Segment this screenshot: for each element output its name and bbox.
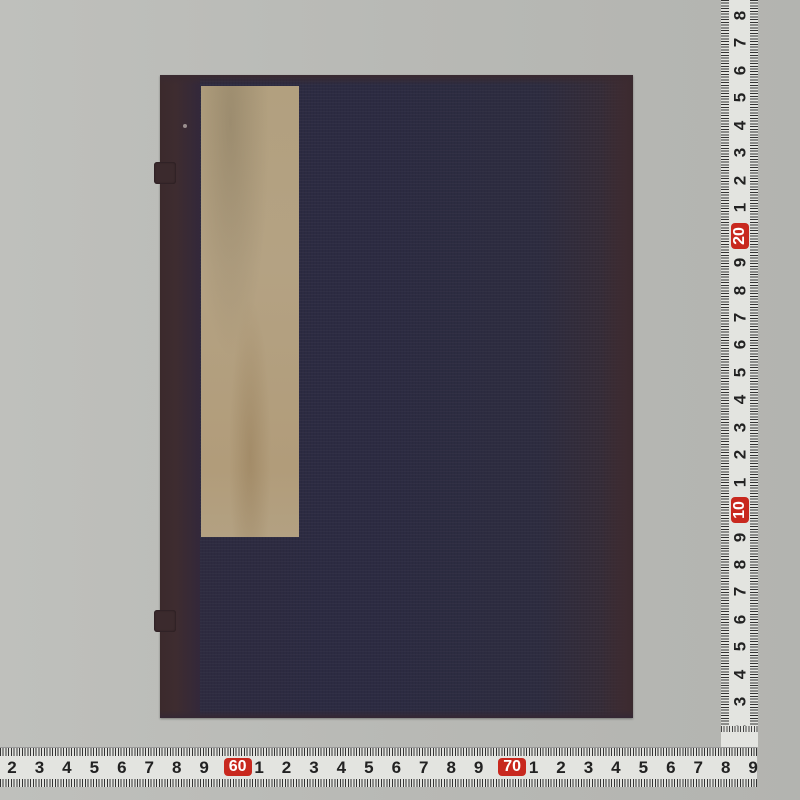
ruler-label: 8 — [732, 557, 749, 573]
ruler-label: 5 — [86, 759, 102, 776]
ruler-label: 4 — [732, 117, 749, 133]
ruler-label: 7 — [690, 759, 706, 776]
book-cover — [160, 75, 633, 718]
ruler-label: 9 — [745, 759, 761, 776]
ruler-label: 2 — [553, 759, 569, 776]
ruler-label: 6 — [732, 337, 749, 353]
ruler-ticks — [0, 779, 757, 787]
ruler-label: 1 — [251, 759, 267, 776]
ruler-label: 6 — [388, 759, 404, 776]
ruler-label: 6 — [114, 759, 130, 776]
ruler-label: 2 — [4, 759, 20, 776]
ruler-label: 9 — [196, 759, 212, 776]
ruler-label: 5 — [732, 364, 749, 380]
ruler-label: 2 — [279, 759, 295, 776]
ruler-label: 70 — [498, 758, 526, 776]
ruler-label: 5 — [732, 639, 749, 655]
ruler-label: 7 — [416, 759, 432, 776]
ruler-label: 7 — [732, 584, 749, 600]
ruler-label: 9 — [732, 529, 749, 545]
ruler-label: 7 — [732, 35, 749, 51]
ruler-ticks — [721, 0, 729, 726]
ruler-label: 1 — [732, 474, 749, 490]
ruler-label: 1 — [526, 759, 542, 776]
ruler-label: 5 — [732, 90, 749, 106]
clasp-tab-bottom — [154, 610, 176, 632]
ruler-overlap — [721, 726, 758, 747]
binding-hole — [183, 124, 187, 128]
ruler-label: 4 — [333, 759, 349, 776]
ruler-ticks — [750, 0, 758, 726]
horizontal-ruler: 234567896012345678970123456789 — [0, 747, 757, 787]
ruler-label: 7 — [141, 759, 157, 776]
ruler-label: 60 — [224, 758, 252, 776]
ruler-label: 6 — [732, 611, 749, 627]
ruler-label: 2 — [732, 172, 749, 188]
ruler-label: 10 — [731, 497, 749, 523]
vertical-ruler: 87654321209876543211098765432 — [721, 0, 758, 726]
ruler-label: 6 — [663, 759, 679, 776]
ruler-label: 8 — [732, 8, 749, 24]
ruler-label: 1 — [732, 200, 749, 216]
ruler-label: 9 — [471, 759, 487, 776]
ruler-label: 8 — [732, 282, 749, 298]
ruler-label: 4 — [608, 759, 624, 776]
ruler-label: 8 — [169, 759, 185, 776]
ruler-label: 6 — [732, 62, 749, 78]
title-label — [201, 86, 299, 537]
fore-edge-shadow — [601, 75, 633, 718]
ruler-label: 3 — [306, 759, 322, 776]
ruler-label: 4 — [59, 759, 75, 776]
ruler-label: 5 — [635, 759, 651, 776]
ruler-label: 4 — [732, 666, 749, 682]
ruler-label: 5 — [361, 759, 377, 776]
ruler-label: 2 — [732, 447, 749, 463]
ruler-label: 3 — [732, 419, 749, 435]
ruler-label: 3 — [580, 759, 596, 776]
ruler-label: 3 — [732, 694, 749, 710]
ruler-ticks — [0, 748, 757, 756]
ruler-label: 3 — [31, 759, 47, 776]
ruler-label: 3 — [732, 145, 749, 161]
bottom-edge — [160, 710, 633, 718]
ruler-label: 7 — [732, 309, 749, 325]
ruler-label: 4 — [732, 392, 749, 408]
ruler-label: 9 — [732, 255, 749, 271]
ruler-label: 20 — [731, 223, 749, 249]
clasp-tab-top — [154, 162, 176, 184]
ruler-label: 8 — [443, 759, 459, 776]
top-edge — [160, 75, 633, 85]
ruler-label: 8 — [718, 759, 734, 776]
